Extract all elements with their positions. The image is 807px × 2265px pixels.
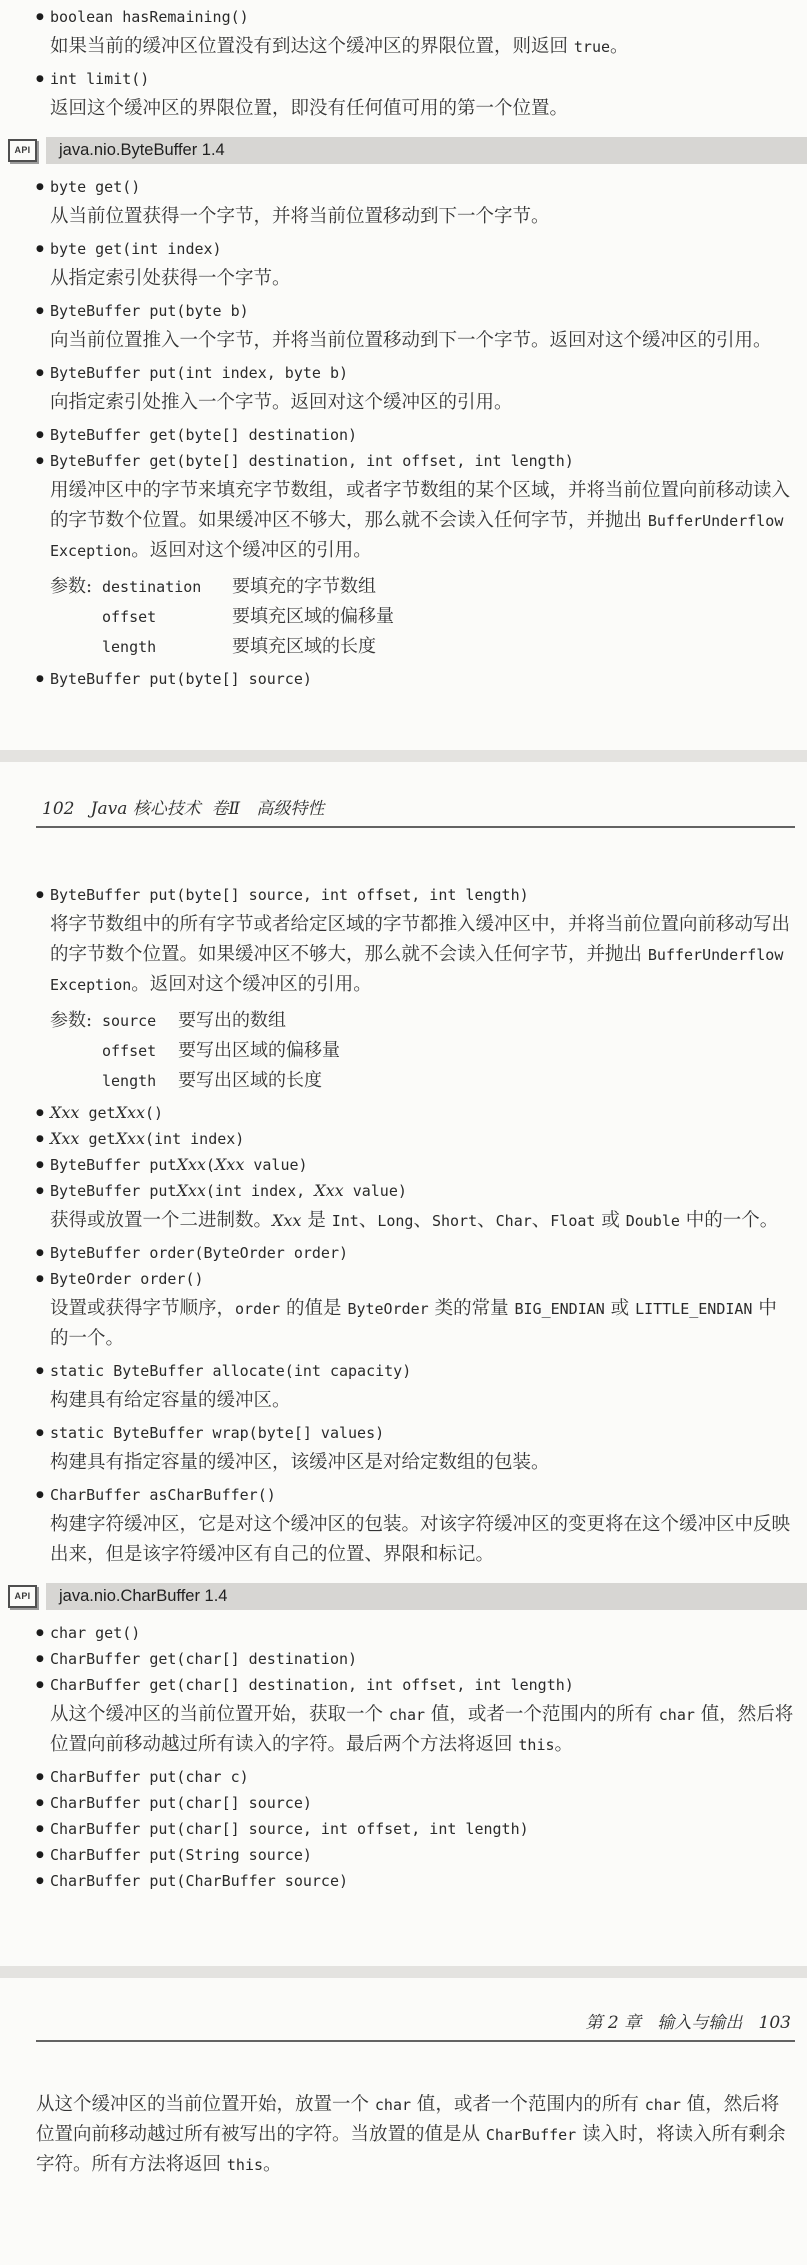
page-separator-band <box>0 1966 807 1978</box>
bullet-icon: ● <box>36 431 50 440</box>
method-signature: ByteBuffer put(byte[] source) <box>50 668 312 690</box>
text-segment: 返回这个缓冲区的界限位置，即没有任何值可用的第一个位置。 <box>50 98 568 119</box>
bullet-icon: ● <box>36 183 50 192</box>
running-header-text: 第 2 章 输入与输出 103 <box>586 2013 792 2033</box>
param-description: 要写出区域的长度 <box>178 1066 322 1096</box>
method-description: 将字节数组中的所有字节或者给定区域的字节都推入缓冲区中，并将当前位置向前移动写出… <box>50 910 795 1000</box>
bullet-icon: ● <box>36 75 50 84</box>
method-description: 获得或放置一个二进制数。Xxx 是 Int、Long、Short、Char、Fl… <box>50 1206 795 1236</box>
text-segment: 从这个缓冲区的当前位置开始，获取一个 <box>50 1704 389 1725</box>
text-segment: ByteBuffer put <box>50 1182 176 1200</box>
text-segment: ByteOrder order() <box>50 1270 204 1288</box>
text-segment: Xxx <box>116 1103 145 1122</box>
text-segment: 、 <box>413 1210 432 1231</box>
text-segment: 。返回对这个缓冲区的引用。 <box>131 540 372 561</box>
text-segment: ByteBuffer put <box>50 1156 176 1174</box>
method-description: 设置或获得字节顺序，order 的值是 ByteOrder 类的常量 BIG_E… <box>50 1294 795 1354</box>
text-segment: 向指定索引处推入一个字节。返回对这个缓冲区的引用。 <box>50 392 513 413</box>
param-description: 要填充的字节数组 <box>232 572 376 602</box>
param-description: 要写出的数组 <box>178 1006 286 1036</box>
param-table: 参数:source要写出的数组offset要写出区域的偏移量length要写出区… <box>50 1006 795 1096</box>
bullet-icon: ● <box>36 1825 50 1834</box>
api-badge-icon: API <box>8 139 37 162</box>
param-name: length <box>102 632 232 662</box>
api-method-item: ●ByteBuffer put(byte b) <box>36 300 795 322</box>
text-segment: int limit() <box>50 70 149 88</box>
running-header-page-102: 102 Java 核心技术 卷Ⅱ 高级特性 <box>36 794 795 828</box>
api-class-label: java.nio.CharBuffer 1.4 <box>59 1587 227 1606</box>
api-class-label: java.nio.ByteBuffer 1.4 <box>59 141 225 160</box>
api-method-item: ●ByteBuffer put(byte[] source, int offse… <box>36 884 795 906</box>
running-header-text: 102 Java 核心技术 卷Ⅱ 高级特性 <box>42 799 324 819</box>
bullet-icon: ● <box>36 1367 50 1376</box>
api-method-item: ●int limit() <box>36 68 795 90</box>
method-signature: byte get() <box>50 176 140 198</box>
method-description: 从当前位置获得一个字节，并将当前位置移动到下一个字节。 <box>50 202 795 232</box>
bullet-icon: ● <box>36 1275 50 1284</box>
text-segment: ByteBuffer put(byte[] source, int offset… <box>50 886 529 904</box>
api-method-item: ●CharBuffer put(CharBuffer source) <box>36 1870 795 1892</box>
text-segment: LITTLE_ENDIAN <box>635 1300 752 1318</box>
text-segment: CharBuffer put(String source) <box>50 1846 312 1864</box>
document-page: ●boolean hasRemaining()如果当前的缓冲区位置没有到达这个缓… <box>0 0 807 2200</box>
method-signature: CharBuffer asCharBuffer() <box>50 1484 276 1506</box>
method-signature: byte get(int index) <box>50 238 222 260</box>
text-segment: 设置或获得字节顺序， <box>50 1298 235 1319</box>
text-segment: 。 <box>610 36 629 57</box>
param-row: length要填充区域的长度 <box>50 632 795 662</box>
param-table-label <box>50 1036 102 1066</box>
text-segment: 或 <box>595 1210 625 1231</box>
api-method-item: ●ByteBuffer put(byte[] source) <box>36 668 795 690</box>
bullet-icon: ● <box>36 1161 50 1170</box>
api-method-item: ●ByteBuffer order(ByteOrder order) <box>36 1242 795 1264</box>
text-segment: 如果当前的缓冲区位置没有到达这个缓冲区的界限位置，则返回 <box>50 36 574 57</box>
bullet-icon: ● <box>36 1877 50 1886</box>
text-segment: Xxx <box>50 1103 79 1122</box>
text-segment: 、 <box>359 1210 378 1231</box>
text-segment: CharBuffer get(char[] destination, int o… <box>50 1676 574 1694</box>
param-row: length要写出区域的长度 <box>50 1066 795 1096</box>
text-segment: () <box>145 1104 163 1122</box>
text-segment: Double <box>626 1212 680 1230</box>
api-method-item: ●ByteBuffer putXxx(Xxx value) <box>36 1154 795 1176</box>
param-name: length <box>102 1066 178 1096</box>
text-segment: ByteOrder <box>347 1300 428 1318</box>
text-segment: byte get(int index) <box>50 240 222 258</box>
param-table-label <box>50 632 102 662</box>
spacer <box>36 694 795 750</box>
text-segment: static ByteBuffer allocate(int capacity) <box>50 1362 411 1380</box>
param-table-label <box>50 602 102 632</box>
text-segment: 、 <box>477 1210 496 1231</box>
method-description: 向当前位置推入一个字节，并将当前位置移动到下一个字节。返回对这个缓冲区的引用。 <box>50 326 795 356</box>
text-segment: (int index) <box>145 1130 244 1148</box>
text-segment: Xxx <box>176 1181 205 1200</box>
spacer <box>36 2042 795 2090</box>
method-description: 构建字符缓冲区，它是对这个缓冲区的包装。对该字符缓冲区的变更将在这个缓冲区中反映… <box>50 1510 795 1570</box>
method-description: 从指定索引处获得一个字节。 <box>50 264 795 294</box>
api-method-item: ●ByteBuffer get(byte[] destination, int … <box>36 450 795 472</box>
text-segment: ByteBuffer put(byte[] source) <box>50 670 312 688</box>
text-segment: 或 <box>605 1298 635 1319</box>
method-signature: CharBuffer get(char[] destination, int o… <box>50 1674 574 1696</box>
text-segment: 中的一个。 <box>680 1210 778 1231</box>
bullet-icon: ● <box>36 1629 50 1638</box>
bullet-icon: ● <box>36 369 50 378</box>
text-segment: Short <box>432 1212 477 1230</box>
text-segment: 值，或者一个范围内的所有 <box>411 2094 645 2115</box>
param-name: destination <box>102 572 232 602</box>
text-segment: Xxx <box>215 1155 244 1174</box>
method-signature: CharBuffer put(String source) <box>50 1844 312 1866</box>
text-segment: 向当前位置推入一个字节，并将当前位置移动到下一个字节。返回对这个缓冲区的引用。 <box>50 330 772 351</box>
api-method-item: ●CharBuffer get(char[] destination, int … <box>36 1674 795 1696</box>
method-description: 如果当前的缓冲区位置没有到达这个缓冲区的界限位置，则返回 true。 <box>50 32 795 62</box>
method-signature: static ByteBuffer wrap(byte[] values) <box>50 1422 384 1444</box>
bullet-icon: ● <box>36 1109 50 1118</box>
api-method-item: ●byte get(int index) <box>36 238 795 260</box>
param-description: 要填充区域的偏移量 <box>232 602 394 632</box>
text-segment: this <box>227 2156 263 2174</box>
body-paragraph: 从这个缓冲区的当前位置开始，放置一个 char 值，或者一个范围内的所有 cha… <box>36 2090 795 2180</box>
method-signature: ByteBuffer put(int index, byte b) <box>50 362 348 384</box>
text-segment: ByteBuffer order(ByteOrder order) <box>50 1244 348 1262</box>
method-signature: static ByteBuffer allocate(int capacity) <box>50 1360 411 1382</box>
method-description: 用缓冲区中的字节来填充字节数组，或者字节数组的某个区域，并将当前位置向前移动读入… <box>50 476 795 566</box>
api-method-item: ●char get() <box>36 1622 795 1644</box>
param-description: 要填充区域的长度 <box>232 632 376 662</box>
text-segment: CharBuffer put(CharBuffer source) <box>50 1872 348 1890</box>
text-segment: get <box>79 1104 115 1122</box>
method-signature: CharBuffer put(CharBuffer source) <box>50 1870 348 1892</box>
param-table: 参数:destination要填充的字节数组offset要填充区域的偏移量len… <box>50 572 795 662</box>
api-method-item: ●Xxx getXxx(int index) <box>36 1128 795 1150</box>
method-signature: ByteOrder order() <box>50 1268 204 1290</box>
api-method-item: ●ByteBuffer put(int index, byte b) <box>36 362 795 384</box>
text-segment: Xxx <box>272 1211 301 1230</box>
text-segment: 构建具有指定容量的缓冲区，该缓冲区是对给定数组的包装。 <box>50 1452 550 1473</box>
method-description: 构建具有给定容量的缓冲区。 <box>50 1386 795 1416</box>
text-segment: ByteBuffer get(byte[] destination, int o… <box>50 452 574 470</box>
method-description: 从这个缓冲区的当前位置开始，获取一个 char 值，或者一个范围内的所有 cha… <box>50 1700 795 1760</box>
text-segment: char <box>645 2096 681 2114</box>
bullet-icon: ● <box>36 1851 50 1860</box>
spacer <box>36 828 795 880</box>
text-segment: CharBuffer put(char[] source, int offset… <box>50 1820 529 1838</box>
bullet-icon: ● <box>36 245 50 254</box>
text-segment: 类的常量 <box>429 1298 515 1319</box>
text-segment: BIG_ENDIAN <box>514 1300 604 1318</box>
param-table-label: 参数: <box>50 1006 102 1036</box>
method-signature: ByteBuffer order(ByteOrder order) <box>50 1242 348 1264</box>
text-segment: ( <box>206 1156 215 1174</box>
method-signature: ByteBuffer put(byte[] source, int offset… <box>50 884 529 906</box>
text-segment: 构建具有给定容量的缓冲区。 <box>50 1390 291 1411</box>
text-segment: get <box>79 1130 115 1148</box>
method-signature: Xxx getXxx() <box>50 1102 163 1124</box>
text-segment: static ByteBuffer wrap(byte[] values) <box>50 1424 384 1442</box>
text-segment: this <box>518 1736 554 1754</box>
text-segment: boolean hasRemaining() <box>50 8 249 26</box>
api-class-name: java.nio.CharBuffer 1.4 <box>46 1583 807 1610</box>
spacer <box>36 762 795 794</box>
api-method-item: ●static ByteBuffer wrap(byte[] values) <box>36 1422 795 1444</box>
text-segment: Char <box>496 1212 532 1230</box>
bullet-icon: ● <box>36 1655 50 1664</box>
text-segment: Float <box>550 1212 595 1230</box>
method-description: 向指定索引处推入一个字节。返回对这个缓冲区的引用。 <box>50 388 795 418</box>
bullet-icon: ● <box>36 1799 50 1808</box>
text-segment: (int index, <box>206 1182 314 1200</box>
param-table-label: 参数: <box>50 572 102 602</box>
api-class-bar: APIjava.nio.ByteBuffer 1.4 <box>8 137 807 164</box>
api-method-item: ●CharBuffer put(String source) <box>36 1844 795 1866</box>
text-segment: char <box>375 2096 411 2114</box>
text-segment: 。 <box>555 1734 574 1755</box>
api-badge-icon: API <box>8 1585 37 1608</box>
api-method-item: ●CharBuffer asCharBuffer() <box>36 1484 795 1506</box>
page-separator-band <box>0 750 807 762</box>
bullet-icon: ● <box>36 1187 50 1196</box>
bullet-icon: ● <box>36 675 50 684</box>
method-signature: ByteBuffer put(byte b) <box>50 300 249 322</box>
method-signature: boolean hasRemaining() <box>50 6 249 28</box>
spacer <box>36 1896 795 1966</box>
text-segment: 是 <box>301 1210 331 1231</box>
bullet-icon: ● <box>36 1773 50 1782</box>
bullet-icon: ● <box>36 1249 50 1258</box>
api-method-item: ●ByteOrder order() <box>36 1268 795 1290</box>
bullet-icon: ● <box>36 891 50 900</box>
text-segment: Long <box>377 1212 413 1230</box>
method-signature: ByteBuffer putXxx(Xxx value) <box>50 1154 308 1176</box>
method-signature: ByteBuffer putXxx(int index, Xxx value) <box>50 1180 407 1202</box>
param-row: offset要写出区域的偏移量 <box>50 1036 795 1066</box>
text-segment: 获得或放置一个二进制数。 <box>50 1210 272 1231</box>
text-segment: 。 <box>263 2154 282 2175</box>
api-method-item: ●ByteBuffer putXxx(int index, Xxx value) <box>36 1180 795 1202</box>
bullet-icon: ● <box>36 1491 50 1500</box>
api-method-item: ●CharBuffer put(char c) <box>36 1766 795 1788</box>
text-segment: true <box>574 38 610 56</box>
method-signature: CharBuffer put(char[] source) <box>50 1792 312 1814</box>
text-segment: char get() <box>50 1624 140 1642</box>
param-name: source <box>102 1006 178 1036</box>
text-segment: CharBuffer put(char[] source) <box>50 1794 312 1812</box>
method-signature: CharBuffer get(char[] destination) <box>50 1648 357 1670</box>
api-class-name: java.nio.ByteBuffer 1.4 <box>46 137 807 164</box>
text-segment: order <box>235 1300 280 1318</box>
spacer <box>36 1978 795 2008</box>
text-segment: ByteBuffer get(byte[] destination) <box>50 426 357 444</box>
text-segment: value) <box>244 1156 307 1174</box>
api-method-item: ●CharBuffer put(char[] source) <box>36 1792 795 1814</box>
text-segment: 从这个缓冲区的当前位置开始，放置一个 <box>36 2094 375 2115</box>
text-segment: value) <box>344 1182 407 1200</box>
param-description: 要写出区域的偏移量 <box>178 1036 340 1066</box>
api-method-item: ●static ByteBuffer allocate(int capacity… <box>36 1360 795 1382</box>
running-header-page-103: 第 2 章 输入与输出 103 <box>36 2008 795 2042</box>
bullet-icon: ● <box>36 1681 50 1690</box>
param-row: 参数:destination要填充的字节数组 <box>50 572 795 602</box>
text-segment: 从当前位置获得一个字节，并将当前位置移动到下一个字节。 <box>50 206 550 227</box>
param-name: offset <box>102 1036 178 1066</box>
api-class-bar: APIjava.nio.CharBuffer 1.4 <box>8 1583 807 1610</box>
param-row: 参数:source要写出的数组 <box>50 1006 795 1036</box>
text-segment: ByteBuffer put(int index, byte b) <box>50 364 348 382</box>
text-segment: Int <box>332 1212 359 1230</box>
param-table-label <box>50 1066 102 1096</box>
method-description: 返回这个缓冲区的界限位置，即没有任何值可用的第一个位置。 <box>50 94 795 124</box>
text-segment: 、 <box>532 1210 551 1231</box>
method-signature: ByteBuffer get(byte[] destination, int o… <box>50 450 574 472</box>
method-signature: char get() <box>50 1622 140 1644</box>
text-segment: Xxx <box>314 1181 343 1200</box>
bullet-icon: ● <box>36 307 50 316</box>
text-segment: byte get() <box>50 178 140 196</box>
method-signature: int limit() <box>50 68 149 90</box>
api-method-item: ●boolean hasRemaining() <box>36 6 795 28</box>
text-segment: Xxx <box>50 1129 79 1148</box>
method-signature: CharBuffer put(char[] source, int offset… <box>50 1818 529 1840</box>
param-name: offset <box>102 602 232 632</box>
text-segment: CharBuffer <box>486 2126 576 2144</box>
text-segment: CharBuffer asCharBuffer() <box>50 1486 276 1504</box>
text-segment: CharBuffer get(char[] destination) <box>50 1650 357 1668</box>
text-segment: char <box>659 1706 695 1724</box>
method-description: 构建具有指定容量的缓冲区，该缓冲区是对给定数组的包装。 <box>50 1448 795 1478</box>
method-signature: ByteBuffer get(byte[] destination) <box>50 424 357 446</box>
bullet-icon: ● <box>36 457 50 466</box>
text-segment: 的值是 <box>280 1298 347 1319</box>
method-signature: Xxx getXxx(int index) <box>50 1128 244 1150</box>
text-segment: 构建字符缓冲区，它是对这个缓冲区的包装。对该字符缓冲区的变更将在这个缓冲区中反映… <box>50 1514 790 1565</box>
text-segment: 从指定索引处获得一个字节。 <box>50 268 291 289</box>
text-segment: ByteBuffer put(byte b) <box>50 302 249 320</box>
api-method-item: ●CharBuffer get(char[] destination) <box>36 1648 795 1670</box>
api-method-item: ●ByteBuffer get(byte[] destination) <box>36 424 795 446</box>
bullet-icon: ● <box>36 1429 50 1438</box>
text-segment: 。返回对这个缓冲区的引用。 <box>131 974 372 995</box>
text-segment: char <box>389 1706 425 1724</box>
api-method-item: ●byte get() <box>36 176 795 198</box>
bullet-icon: ● <box>36 13 50 22</box>
text-segment: Xxx <box>176 1155 205 1174</box>
param-row: offset要填充区域的偏移量 <box>50 602 795 632</box>
text-segment: 值，或者一个范围内的所有 <box>425 1704 659 1725</box>
api-method-item: ●Xxx getXxx() <box>36 1102 795 1124</box>
method-signature: CharBuffer put(char c) <box>50 1766 249 1788</box>
text-segment: Xxx <box>116 1129 145 1148</box>
api-method-item: ●CharBuffer put(char[] source, int offse… <box>36 1818 795 1840</box>
text-segment: CharBuffer put(char c) <box>50 1768 249 1786</box>
bullet-icon: ● <box>36 1135 50 1144</box>
